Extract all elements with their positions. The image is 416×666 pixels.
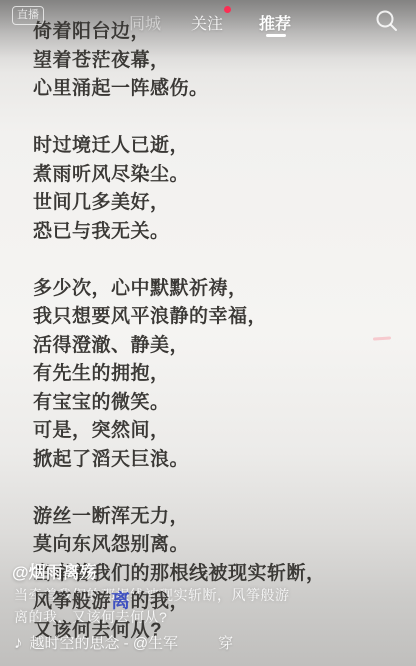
username-overlay[interactable]: @烟雨离殇 <box>12 558 97 583</box>
top-navigation-bar: 直播 同城 关注 推荐 <box>0 0 416 42</box>
poem-line: 掀起了滔天巨浪。 <box>33 446 326 475</box>
search-icon[interactable] <box>374 8 400 34</box>
poem-line: 有宝宝的微笑。 <box>33 389 326 418</box>
poem-line: 煮雨听风尽染尘。 <box>33 161 326 190</box>
poem-line-blank <box>33 246 326 275</box>
music-info-bar[interactable]: ♪ 越时空的思念 - @生军 穿 <box>14 632 233 653</box>
poem-kite-highlight: 离 <box>111 591 131 612</box>
live-badge[interactable]: 直播 <box>12 6 44 25</box>
tab-follow[interactable]: 关注 <box>191 11 223 34</box>
notification-dot <box>224 6 231 13</box>
poem-kite-post: 的我， <box>131 591 190 612</box>
music-title: 越时空的思念 - @生军 <box>30 632 179 653</box>
tab-recommend[interactable]: 推荐 <box>259 11 291 34</box>
poem-line: 恐已与我无关。 <box>33 218 326 247</box>
poem-line: 多少次，心中默默祈祷， <box>33 275 326 304</box>
poem-line: 游丝一断浑无力， <box>33 503 326 532</box>
poem-line: 有先生的拥抱， <box>33 360 326 389</box>
poem-line: 我只想要风平浪静的幸福， <box>33 303 326 332</box>
poem-line-blank <box>33 474 326 503</box>
poem-line: 时过境迁人已逝， <box>33 132 326 161</box>
poem-kite-pre: 风筝般游 <box>33 591 111 612</box>
poem-line: 世间几多美好， <box>33 189 326 218</box>
poem-line: 望着苍茫夜幕， <box>33 47 326 76</box>
poem-line: 可是，突然间， <box>33 417 326 446</box>
poem-line: 活得澄澈、静美， <box>33 332 326 361</box>
active-tab-indicator <box>266 34 286 37</box>
music-marquee-next: 穿 <box>218 632 233 653</box>
poem-line-blank <box>33 104 326 133</box>
poem-line: 莫向东风怨别离。 <box>33 531 326 560</box>
tab-same-city[interactable]: 同城 <box>129 11 161 34</box>
music-note-icon: ♪ <box>14 633 23 653</box>
poem-text: 倚着阳台边， 望着苍茫夜幕， 心里涌起一阵感伤。 时过境迁人已逝， 煮雨听风尽染… <box>33 18 326 645</box>
poem-line-kite: 风筝般游离的我， <box>33 588 326 617</box>
artifact-mark <box>373 336 391 340</box>
poem-line: 心里涌起一阵感伤。 <box>33 75 326 104</box>
video-player-screen[interactable]: 倚着阳台边， 望着苍茫夜幕， 心里涌起一阵感伤。 时过境迁人已逝， 煮雨听风尽染… <box>0 0 416 666</box>
